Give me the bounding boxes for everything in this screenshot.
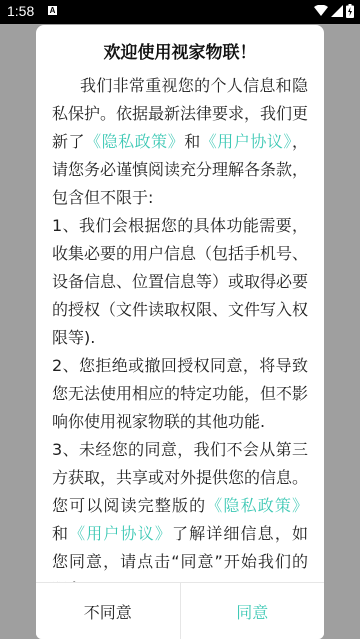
disagree-button[interactable]: 不同意 <box>36 583 181 639</box>
status-bar: 1:58 A <box>0 0 360 24</box>
status-time: 1:58 <box>7 3 34 19</box>
notification-icon: A <box>48 6 57 15</box>
closing-privacy-policy-link[interactable]: 《隐私政策》 <box>206 496 308 515</box>
item-2: 2、您拒绝或撤回授权同意，将导致您无法使用相应的特定功能，但不影响你使用视家物联… <box>52 352 308 436</box>
intro-paragraph: 我们非常重视您的个人信息和隐私保护。依据最新法律要求，我们更新了《隐私政策》和《… <box>52 72 308 212</box>
user-agreement-link[interactable]: 《用户协议》 <box>201 132 292 151</box>
privacy-policy-link[interactable]: 《隐私政策》 <box>85 132 184 151</box>
status-icons <box>314 4 354 18</box>
and-text: 和 <box>184 132 201 151</box>
item-3: 3、未经您的同意，我们不会从第三方获取，共享或对外提供您的信息。 <box>52 436 308 492</box>
closing-and-text: 和 <box>52 524 69 543</box>
dialog-buttons: 不同意 同意 <box>36 582 324 639</box>
wifi-icon <box>314 5 328 17</box>
item-1: 1、我们会根据您的具体功能需要，收集必要的用户信息（包括手机号、设备信息、位置信… <box>52 212 308 352</box>
dialog-title: 欢迎使用视家物联！ <box>36 41 324 65</box>
battery-charging-icon <box>346 4 354 18</box>
signal-icon <box>331 5 343 17</box>
closing-text: 您可以阅读完整版的 <box>52 496 206 515</box>
dialog-body: 我们非常重视您的个人信息和隐私保护。依据最新法律要求，我们更新了《隐私政策》和《… <box>36 72 324 604</box>
closing-user-agreement-link[interactable]: 《用户协议》 <box>69 524 172 543</box>
agree-button[interactable]: 同意 <box>181 583 325 639</box>
privacy-dialog: 欢迎使用视家物联！ 我们非常重视您的个人信息和隐私保护。依据最新法律要求，我们更… <box>36 25 324 639</box>
